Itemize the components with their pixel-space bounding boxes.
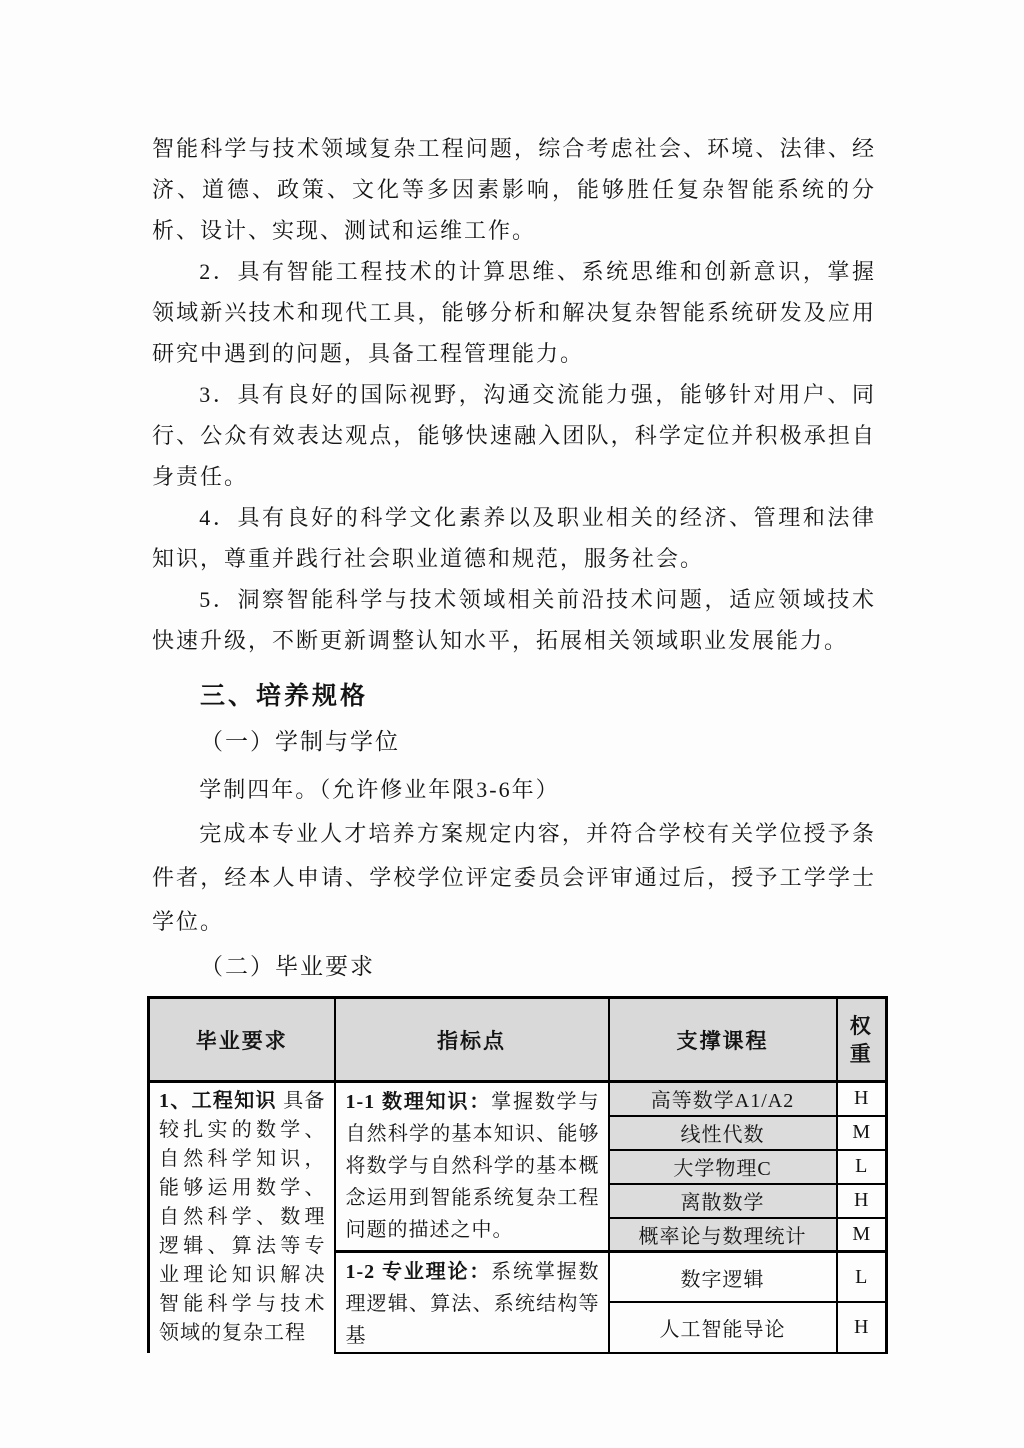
course-name: 人工智能导论: [609, 1302, 837, 1353]
subsection-heading-degree: （一）学制与学位: [152, 719, 876, 765]
course-name: 离散数学: [609, 1184, 837, 1218]
paragraph-continued: 智能科学与技术领域复杂工程问题，综合考虑社会、环境、法律、经济、道德、政策、文化…: [152, 128, 876, 251]
course-weight: H: [837, 1302, 887, 1353]
paragraph-item-2: 2．具有智能工程技术的计算思维、系统思维和创新意识，掌握领域新兴技术和现代工具，…: [152, 251, 876, 374]
header-indicator: 指标点: [335, 998, 609, 1082]
paragraph-item-3: 3．具有良好的国际视野，沟通交流能力强，能够针对用户、同行、公众有效表达观点，能…: [152, 374, 876, 497]
paragraph-item-5: 5．洞察智能科学与技术领域相关前沿技术问题，适应领域技术快速升级，不断更新调整认…: [152, 579, 876, 661]
section-heading: 三、培养规格: [152, 673, 876, 719]
indicator-text: 掌握数学与自然科学的基本知识、能够将数学与自然科学的基本概念运用到智能系统复杂工…: [346, 1091, 600, 1241]
course-weight: H: [837, 1184, 887, 1218]
requirement-label: 1、工程知识: [159, 1090, 277, 1112]
course-weight: M: [837, 1116, 887, 1150]
indicator-label: 1-1 数理知识：: [346, 1091, 492, 1113]
duration-line: 学制四年。（允许修业年限3-6年）: [152, 768, 876, 812]
course-name: 线性代数: [609, 1116, 837, 1150]
subsection-heading-graduation: （二）毕业要求: [152, 944, 876, 990]
course-name: 大学物理C: [609, 1150, 837, 1184]
document-page: 智能科学与技术领域复杂工程问题，综合考虑社会、环境、法律、经济、道德、政策、文化…: [0, 0, 1024, 1448]
course-weight: L: [837, 1252, 887, 1303]
graduation-requirements-table: 毕业要求 指标点 支撑课程 权重 1、工程知识 具备较扎实的数学、自然科学知识，…: [147, 996, 885, 1354]
requirement-cell: 1、工程知识 具备较扎实的数学、自然科学知识，能够运用数学、自然科学、数理逻辑、…: [149, 1082, 335, 1354]
header-weight: 权重: [837, 998, 887, 1082]
course-name: 数字逻辑: [609, 1252, 837, 1303]
table-row: 1、工程知识 具备较扎实的数学、自然科学知识，能够运用数学、自然科学、数理逻辑、…: [149, 1082, 887, 1116]
course-weight: L: [837, 1150, 887, 1184]
table-header-row: 毕业要求 指标点 支撑课程 权重: [149, 998, 887, 1082]
indicator-label: 1-2 专业理论：: [346, 1261, 492, 1283]
course-name: 概率论与数理统计: [609, 1218, 837, 1252]
header-requirement: 毕业要求: [149, 998, 335, 1082]
course-weight: M: [837, 1218, 887, 1252]
course-weight: H: [837, 1082, 887, 1116]
requirement-text: 具备较扎实的数学、自然科学知识，能够运用数学、自然科学、数理逻辑、算法等专业理论…: [159, 1090, 326, 1344]
degree-paragraph: 完成本专业人才培养方案规定内容，并符合学校有关学位授予条件者，经本人申请、学校学…: [152, 812, 876, 944]
indicator-cell-1-1: 1-1 数理知识：掌握数学与自然科学的基本知识、能够将数学与自然科学的基本概念运…: [335, 1082, 609, 1252]
header-courses: 支撑课程: [609, 998, 837, 1082]
indicator-cell-1-2: 1-2 专业理论：系统掌握数理逻辑、算法、系统结构等基: [335, 1252, 609, 1354]
paragraph-item-4: 4．具有良好的科学文化素养以及职业相关的经济、管理和法律知识，尊重并践行社会职业…: [152, 497, 876, 579]
course-name: 高等数学A1/A2: [609, 1082, 837, 1116]
